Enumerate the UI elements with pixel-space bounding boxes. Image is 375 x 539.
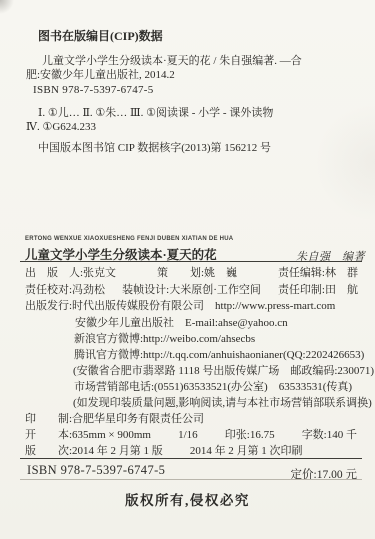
address-line: (安徽省合肥市翡翠路 1118 号出版传媒广场 邮政编码:230071) — [73, 365, 374, 378]
isbn-top-rule — [20, 458, 362, 459]
cip-entry-line-2: 肥:安徽少年儿童出版社, 2014.2 — [26, 69, 175, 82]
impression: 2014 年 2 月第 1 次印刷 — [190, 445, 303, 458]
press-email-line: 安徽少年儿童出版社 E-mail:ahse@yahoo.cn — [75, 317, 288, 330]
edition-row: 版 次:2014 年 2 月第 1 版 2014 年 2 月第 1 次印刷 — [25, 445, 303, 458]
printed-sheets: 印张:16.75 — [225, 429, 275, 442]
marketing-phone-line: 市场营销部电话:(0551)63533521(办公室) 63533531(传真) — [74, 381, 352, 394]
edition: 版 次:2014 年 2 月第 1 版 — [25, 445, 163, 458]
cip-isbn: ISBN 978-7-5397-6747-5 — [33, 84, 154, 97]
footer-isbn: ISBN 978-7-5397-6747-5 — [27, 463, 165, 478]
printer-line: 印 制:合肥华星印务有限责任公司 — [25, 413, 204, 426]
tencent-weibo-line: 腾讯官方微博:http://t.qq.com/anhuishaonianer(Q… — [74, 349, 364, 362]
format-row: 开 本:635mm × 900mm 1/16 印张:16.75 字数:140 千 — [25, 429, 357, 442]
copyright-notice: 版权所有,侵权必究 — [0, 489, 375, 509]
format-fraction: 1/16 — [178, 429, 198, 442]
book-copyright-page: 图书在版编目(CIP)数据 儿童文学小学生分级读本·夏天的花 / 朱自强编著. … — [0, 0, 375, 539]
staff-row-1: 出 版 人:张克文 策 划:姚 巍 责任编辑:林 群 — [25, 267, 358, 280]
designer: 装帧设计:大米原创·工作空间 — [122, 284, 261, 297]
cip-entry-line-1: 儿童文学小学生分级读本·夏天的花 / 朱自强编著. —合 — [42, 55, 302, 68]
publisher-line: 出版发行:时代出版传媒股份有限公司 http://www.press-mart.… — [25, 300, 335, 313]
book-format: 开 本:635mm × 900mm — [25, 429, 151, 442]
cip-classification-line-2: Ⅳ. ①G624.233 — [26, 121, 96, 134]
sina-weibo-line: 新浪官方微博:http://weibo.com/ahsecbs — [74, 333, 255, 346]
isbn-bottom-rule — [20, 479, 362, 480]
word-count: 字数:140 千 — [302, 429, 357, 442]
print-supervisor: 责任印制:田 航 — [278, 284, 358, 297]
publisher-person: 出 版 人:张克文 — [25, 267, 116, 280]
planner: 策 划:姚 巍 — [157, 267, 237, 280]
title-pinyin: ERTONG WENXUE XIAOXUESHENG FENJI DUBEN X… — [25, 236, 233, 242]
responsible-editor: 责任编辑:林 群 — [278, 267, 358, 280]
proofreader: 责任校对:冯劲松 — [25, 284, 105, 297]
cip-data-header: 图书在版编目(CIP)数据 — [38, 27, 163, 44]
title-divider-rule — [20, 261, 362, 262]
cip-classification-line-1: Ⅰ. ①儿… Ⅱ. ①朱… Ⅲ. ①阅读课 - 小学 - 课外读物 — [38, 107, 273, 120]
quality-notice-line: (如发现印装质量问题,影响阅读,请与本社市场营销部联系调换) — [73, 397, 372, 410]
staff-row-2: 责任校对:冯劲松 装帧设计:大米原创·工作空间 责任印制:田 航 — [25, 284, 358, 297]
cip-record-number: 中国版本图书馆 CIP 数据核字(2013)第 156212 号 — [38, 142, 271, 155]
